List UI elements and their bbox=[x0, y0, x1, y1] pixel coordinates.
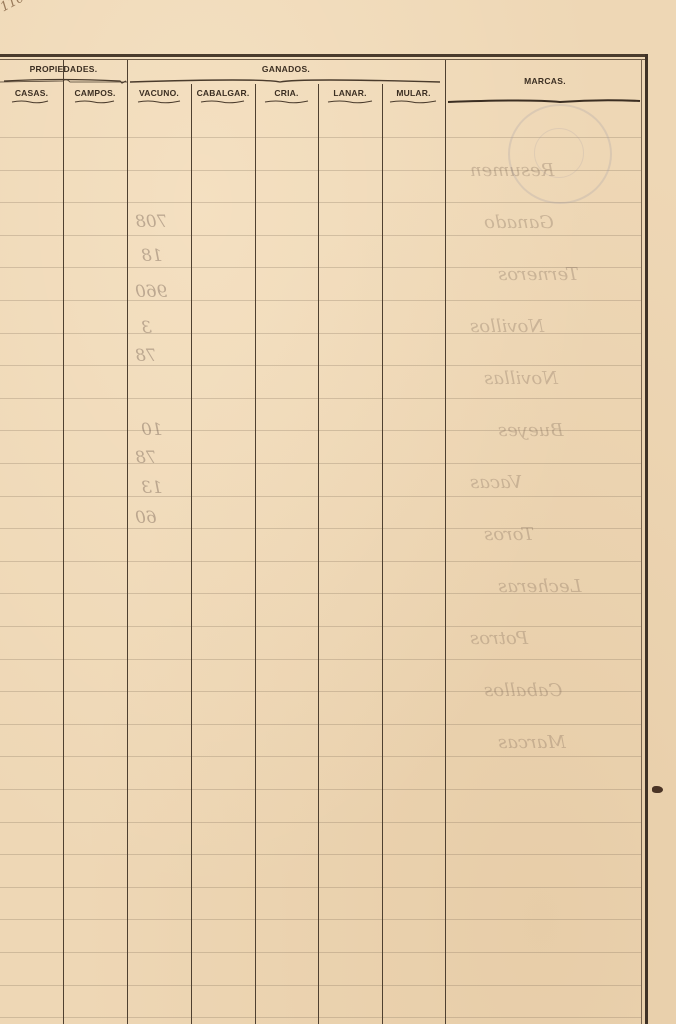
ruled-line bbox=[0, 724, 641, 725]
bleed-through-word: Toros bbox=[484, 524, 534, 545]
bleed-through-word: Novillos bbox=[470, 316, 544, 337]
bleed-through-word: Lecheras bbox=[498, 576, 582, 597]
group-header-ganados: GANADOS. bbox=[127, 64, 445, 74]
ruled-line bbox=[0, 235, 641, 236]
bleed-through-word: Potros bbox=[470, 628, 528, 649]
column-divider-ganados-marcas bbox=[445, 60, 446, 1024]
ruled-line bbox=[0, 561, 641, 562]
column-header-vacuno: VACUNO. bbox=[127, 88, 191, 98]
ink-blot bbox=[652, 786, 663, 793]
ruled-line bbox=[0, 463, 641, 464]
ruled-line bbox=[0, 202, 641, 203]
column-divider-cabalgar-cria bbox=[255, 84, 256, 1024]
ruled-line bbox=[0, 919, 641, 920]
bleed-through-number: 13 bbox=[141, 478, 163, 498]
bleed-through-word: Vacas bbox=[470, 472, 522, 493]
bleed-through-number: 78 bbox=[135, 346, 157, 366]
bleed-through-number: 10 bbox=[141, 420, 163, 440]
bleed-through-number: 960 bbox=[135, 282, 167, 302]
bleed-through-word: Marcas bbox=[498, 732, 566, 753]
ruled-line bbox=[0, 756, 641, 757]
ruled-line bbox=[0, 887, 641, 888]
group-header-swash bbox=[0, 76, 445, 86]
bleed-through-number: 60 bbox=[135, 508, 157, 528]
frame-top-border bbox=[0, 54, 648, 57]
ruled-line bbox=[0, 952, 641, 953]
column-header-cria: CRIA. bbox=[255, 88, 318, 98]
ruled-line bbox=[0, 398, 641, 399]
ruled-line bbox=[0, 822, 641, 823]
bleed-through-number: 78 bbox=[135, 448, 157, 468]
bleed-through-word: Resumen bbox=[470, 160, 554, 181]
column-header-cabalgar: CABALGAR. bbox=[191, 88, 255, 98]
ruled-line bbox=[0, 854, 641, 855]
bleed-through-word: Terneros bbox=[498, 264, 579, 285]
ruled-line bbox=[0, 626, 641, 627]
frame-right-border bbox=[645, 54, 648, 1024]
column-header-campos: CAMPOS. bbox=[63, 88, 127, 98]
column-divider-lanar-mular bbox=[382, 84, 383, 1024]
bleed-through-word: Ganado bbox=[484, 212, 554, 233]
column-divider-vacuno-cabalgar bbox=[191, 84, 192, 1024]
column-header-mular: MULAR. bbox=[382, 88, 445, 98]
bleed-through-word: Bueyes bbox=[498, 420, 564, 441]
bleed-through-number: 18 bbox=[141, 246, 163, 266]
ruled-line bbox=[0, 985, 641, 986]
faded-seal-stamp bbox=[508, 104, 612, 204]
ruled-line bbox=[0, 659, 641, 660]
ruled-line bbox=[0, 496, 641, 497]
column-divider-cria-lanar bbox=[318, 84, 319, 1024]
ruled-line bbox=[0, 1017, 641, 1018]
column-divider-propiedades-ganados bbox=[127, 60, 128, 1024]
ruled-line bbox=[0, 333, 641, 334]
column-header-casas: CASAS. bbox=[0, 88, 63, 98]
ruled-line bbox=[0, 300, 641, 301]
group-header-marcas: MARCAS. bbox=[445, 76, 645, 86]
column-header-lanar: LANAR. bbox=[318, 88, 382, 98]
frame-right-border-inner bbox=[641, 59, 642, 1024]
bleed-through-word: Novillas bbox=[484, 368, 558, 389]
bleed-through-word: Caballos bbox=[484, 680, 562, 701]
group-header-propiedades: PROPIEDADES. bbox=[0, 64, 127, 74]
ruled-line bbox=[0, 789, 641, 790]
ruled-line bbox=[0, 365, 641, 366]
bleed-through-number: 3 bbox=[141, 318, 152, 338]
column-divider-casas-campos bbox=[63, 60, 64, 1024]
ruled-line bbox=[0, 528, 641, 529]
frame-top-border-inner bbox=[0, 59, 645, 60]
bleed-through-number: 708 bbox=[135, 212, 167, 232]
